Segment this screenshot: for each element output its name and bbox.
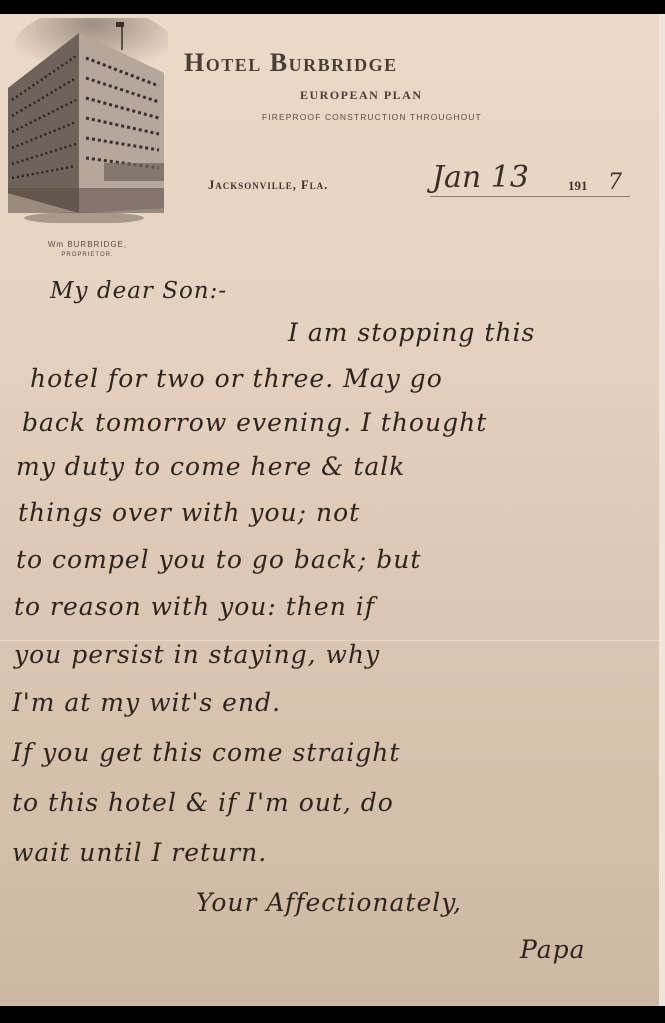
tagline: FIREPROOF CONSTRUCTION THROUGHOUT	[262, 112, 482, 122]
city-label: Jacksonville, Fla.	[208, 178, 328, 193]
letter-line: If you get this come straight	[12, 738, 400, 767]
letter-line: to reason with you: then if	[14, 592, 375, 621]
signature: Papa	[520, 935, 586, 964]
letter-line: to compel you to go back; but	[16, 545, 421, 574]
hotel-building-engraving	[4, 18, 168, 223]
letter-line: to this hotel & if I'm out, do	[12, 788, 394, 817]
letter-line: I'm at my wit's end.	[12, 688, 281, 717]
handwritten-date: Jan 13	[432, 160, 529, 195]
hotel-name: Hotel Burbridge	[184, 48, 398, 78]
letter-line: back tomorrow evening. I thought	[22, 408, 487, 437]
paper-edge	[659, 14, 665, 1006]
letter-line: wait until I return.	[12, 838, 267, 867]
plan-label: EUROPEAN PLAN	[300, 88, 423, 103]
letter-line: hotel for two or three. May go	[30, 364, 443, 393]
letter-line: you persist in staying, why	[14, 640, 380, 669]
closing: Your Affectionately,	[196, 888, 462, 917]
date-underline	[430, 196, 630, 197]
year-prefix: 191	[568, 178, 588, 194]
proprietor-name: Wm BURBRIDGE,	[0, 240, 175, 249]
letter-line: I am stopping this	[288, 318, 535, 347]
letter-line: my duty to come here & talk	[16, 452, 405, 481]
salutation: My dear Son:-	[50, 278, 227, 304]
proprietor-title: PROPRIETOR.	[0, 252, 175, 258]
letter-line: things over with you; not	[18, 498, 360, 527]
year-suffix: 7	[608, 170, 622, 195]
